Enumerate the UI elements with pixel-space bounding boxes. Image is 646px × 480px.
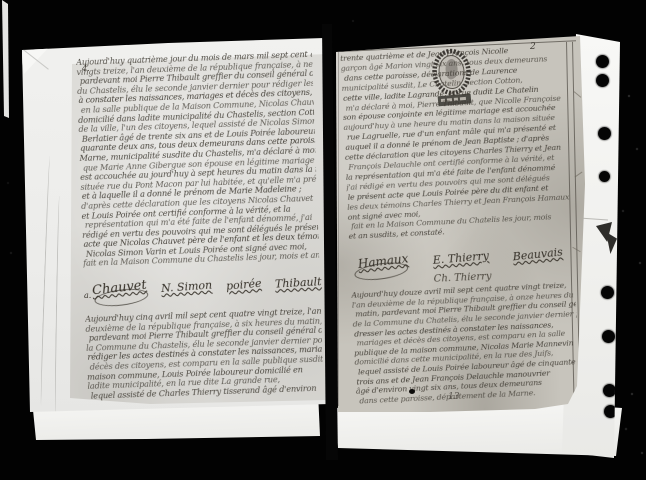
ink-blot bbox=[409, 389, 415, 394]
birth-act-entry: Aujourd'huy quatrième jour du mois de ma… bbox=[76, 50, 319, 269]
punch-hole bbox=[598, 127, 611, 140]
page-edge-sliver bbox=[0, 0, 10, 120]
signature: N. Simon bbox=[160, 279, 212, 296]
birth-act-entry: Aujourd'huy douze avril mil sept cent qu… bbox=[351, 280, 580, 406]
birth-act-entry: trente quatrième et de Jean François Nic… bbox=[340, 43, 573, 242]
signature: Thibault bbox=[275, 275, 322, 290]
film-speck bbox=[0, 0, 2, 2]
right-page-text: trente quatrième et de Jean François Nic… bbox=[340, 43, 580, 406]
margin-entry-number: 4. bbox=[82, 64, 90, 73]
punch-hole bbox=[596, 55, 609, 68]
left-page-text: Aujourd'huy quatrième jour du mois de ma… bbox=[76, 50, 324, 401]
signature: E. Thierry bbox=[432, 249, 489, 267]
signature: poirée bbox=[225, 277, 261, 293]
margin-annotation-mark bbox=[574, 91, 582, 98]
ruled-border-left bbox=[338, 52, 341, 406]
punch-hole bbox=[601, 286, 614, 299]
paper-tear bbox=[606, 232, 617, 254]
punch-hole bbox=[599, 171, 610, 182]
punch-hole bbox=[596, 74, 609, 87]
punch-hole bbox=[603, 384, 616, 397]
margin-entry-number: a. bbox=[84, 291, 91, 300]
crease-line bbox=[54, 196, 61, 416]
signature: Beauvais bbox=[512, 246, 563, 264]
punch-hole bbox=[602, 330, 615, 343]
birth-act-entry: Aujourd'huy cinq avril mil sept cent qua… bbox=[85, 307, 324, 402]
bottom-mark: 13 bbox=[448, 392, 459, 402]
archive-scan: 4. a. Aujourd'huy quatrième jour du mois… bbox=[0, 0, 646, 480]
crease-line bbox=[40, 156, 52, 406]
